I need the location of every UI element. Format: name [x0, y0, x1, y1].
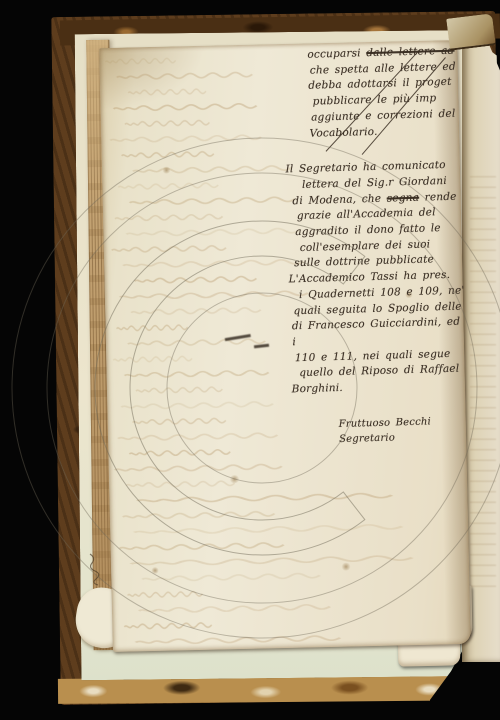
recto-handwritten-text: occuparsi dalle lettere ad che spetta al…	[282, 44, 469, 450]
text-line: di Francesco Guicciardini, ed i	[292, 315, 467, 351]
secretary-signature: Fruttuoso Becchi Segretario	[339, 413, 470, 448]
cover-corner-tip	[446, 13, 496, 50]
ink-doodle	[84, 552, 104, 586]
minutes-paragraph: Il Segretario ha comunicato lettera del …	[285, 158, 468, 398]
next-leaf-faint-text	[470, 176, 496, 596]
manuscript-page: occuparsi dalle lettere ad che spetta al…	[99, 40, 471, 652]
struck-words: dalle lettere ad	[366, 45, 455, 59]
struck-word: segna	[387, 191, 420, 204]
manuscript-photo: occuparsi dalle lettere ad che spetta al…	[0, 0, 500, 720]
